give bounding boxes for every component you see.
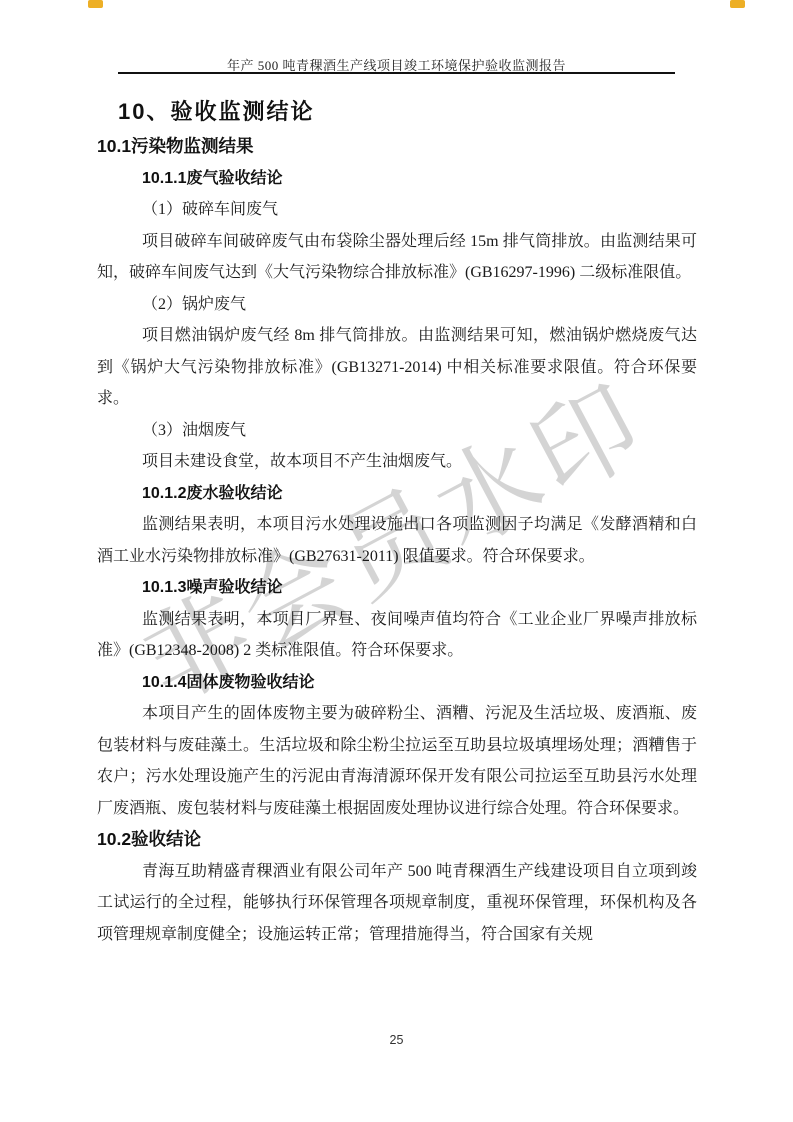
heading-10-1-3: 10.1.3噪声验收结论 [97, 572, 697, 604]
document-page: 非会员水印 年产 500 吨青稞酒生产线项目竣工环境保护验收监测报告 10、验收… [0, 0, 793, 1122]
para-crusher-exhaust: 项目破碎车间破碎废气由布袋除尘器处理后经 15m 排气筒排放。由监测结果可知，破… [97, 226, 697, 289]
chapter-title: 10、验收监测结论 [118, 92, 697, 131]
list-item-fume: （3）油烟废气 [97, 415, 697, 447]
para-noise: 监测结果表明，本项目厂界昼、夜间噪声值均符合《工业企业厂界噪声排放标准》(GB1… [97, 604, 697, 667]
heading-10-1-1: 10.1.1废气验收结论 [97, 163, 697, 195]
heading-10-2: 10.2验收结论 [97, 824, 697, 856]
heading-10-1: 10.1污染物监测结果 [97, 131, 697, 163]
list-item-boiler: （2）锅炉废气 [97, 289, 697, 321]
header-rule [118, 72, 675, 74]
heading-10-1-4: 10.1.4固体废物验收结论 [97, 667, 697, 699]
highlight-mark-right [730, 0, 745, 8]
para-wastewater: 监测结果表明，本项目污水处理设施出口各项监测因子均满足《发酵酒精和白酒工业水污染… [97, 509, 697, 572]
heading-10-1-2: 10.1.2废水验收结论 [97, 478, 697, 510]
highlight-mark-left [88, 0, 103, 8]
para-conclusion: 青海互助精盛青稞酒业有限公司年产 500 吨青稞酒生产线建设项目自立项到竣工试运… [97, 856, 697, 951]
document-content: 10、验收监测结论 10.1污染物监测结果 10.1.1废气验收结论 （1）破碎… [97, 92, 697, 950]
para-solid-waste: 本项目产生的固体废物主要为破碎粉尘、酒糟、污泥及生活垃圾、废酒瓶、废包装材料与废… [97, 698, 697, 824]
para-boiler-exhaust: 项目燃油锅炉废气经 8m 排气筒排放。由监测结果可知，燃油锅炉燃烧废气达到《锅炉… [97, 320, 697, 415]
page-number: 25 [0, 1033, 793, 1047]
list-item-crusher: （1）破碎车间废气 [97, 194, 697, 226]
para-fume-exhaust: 项目未建设食堂，故本项目不产生油烟废气。 [97, 446, 697, 478]
